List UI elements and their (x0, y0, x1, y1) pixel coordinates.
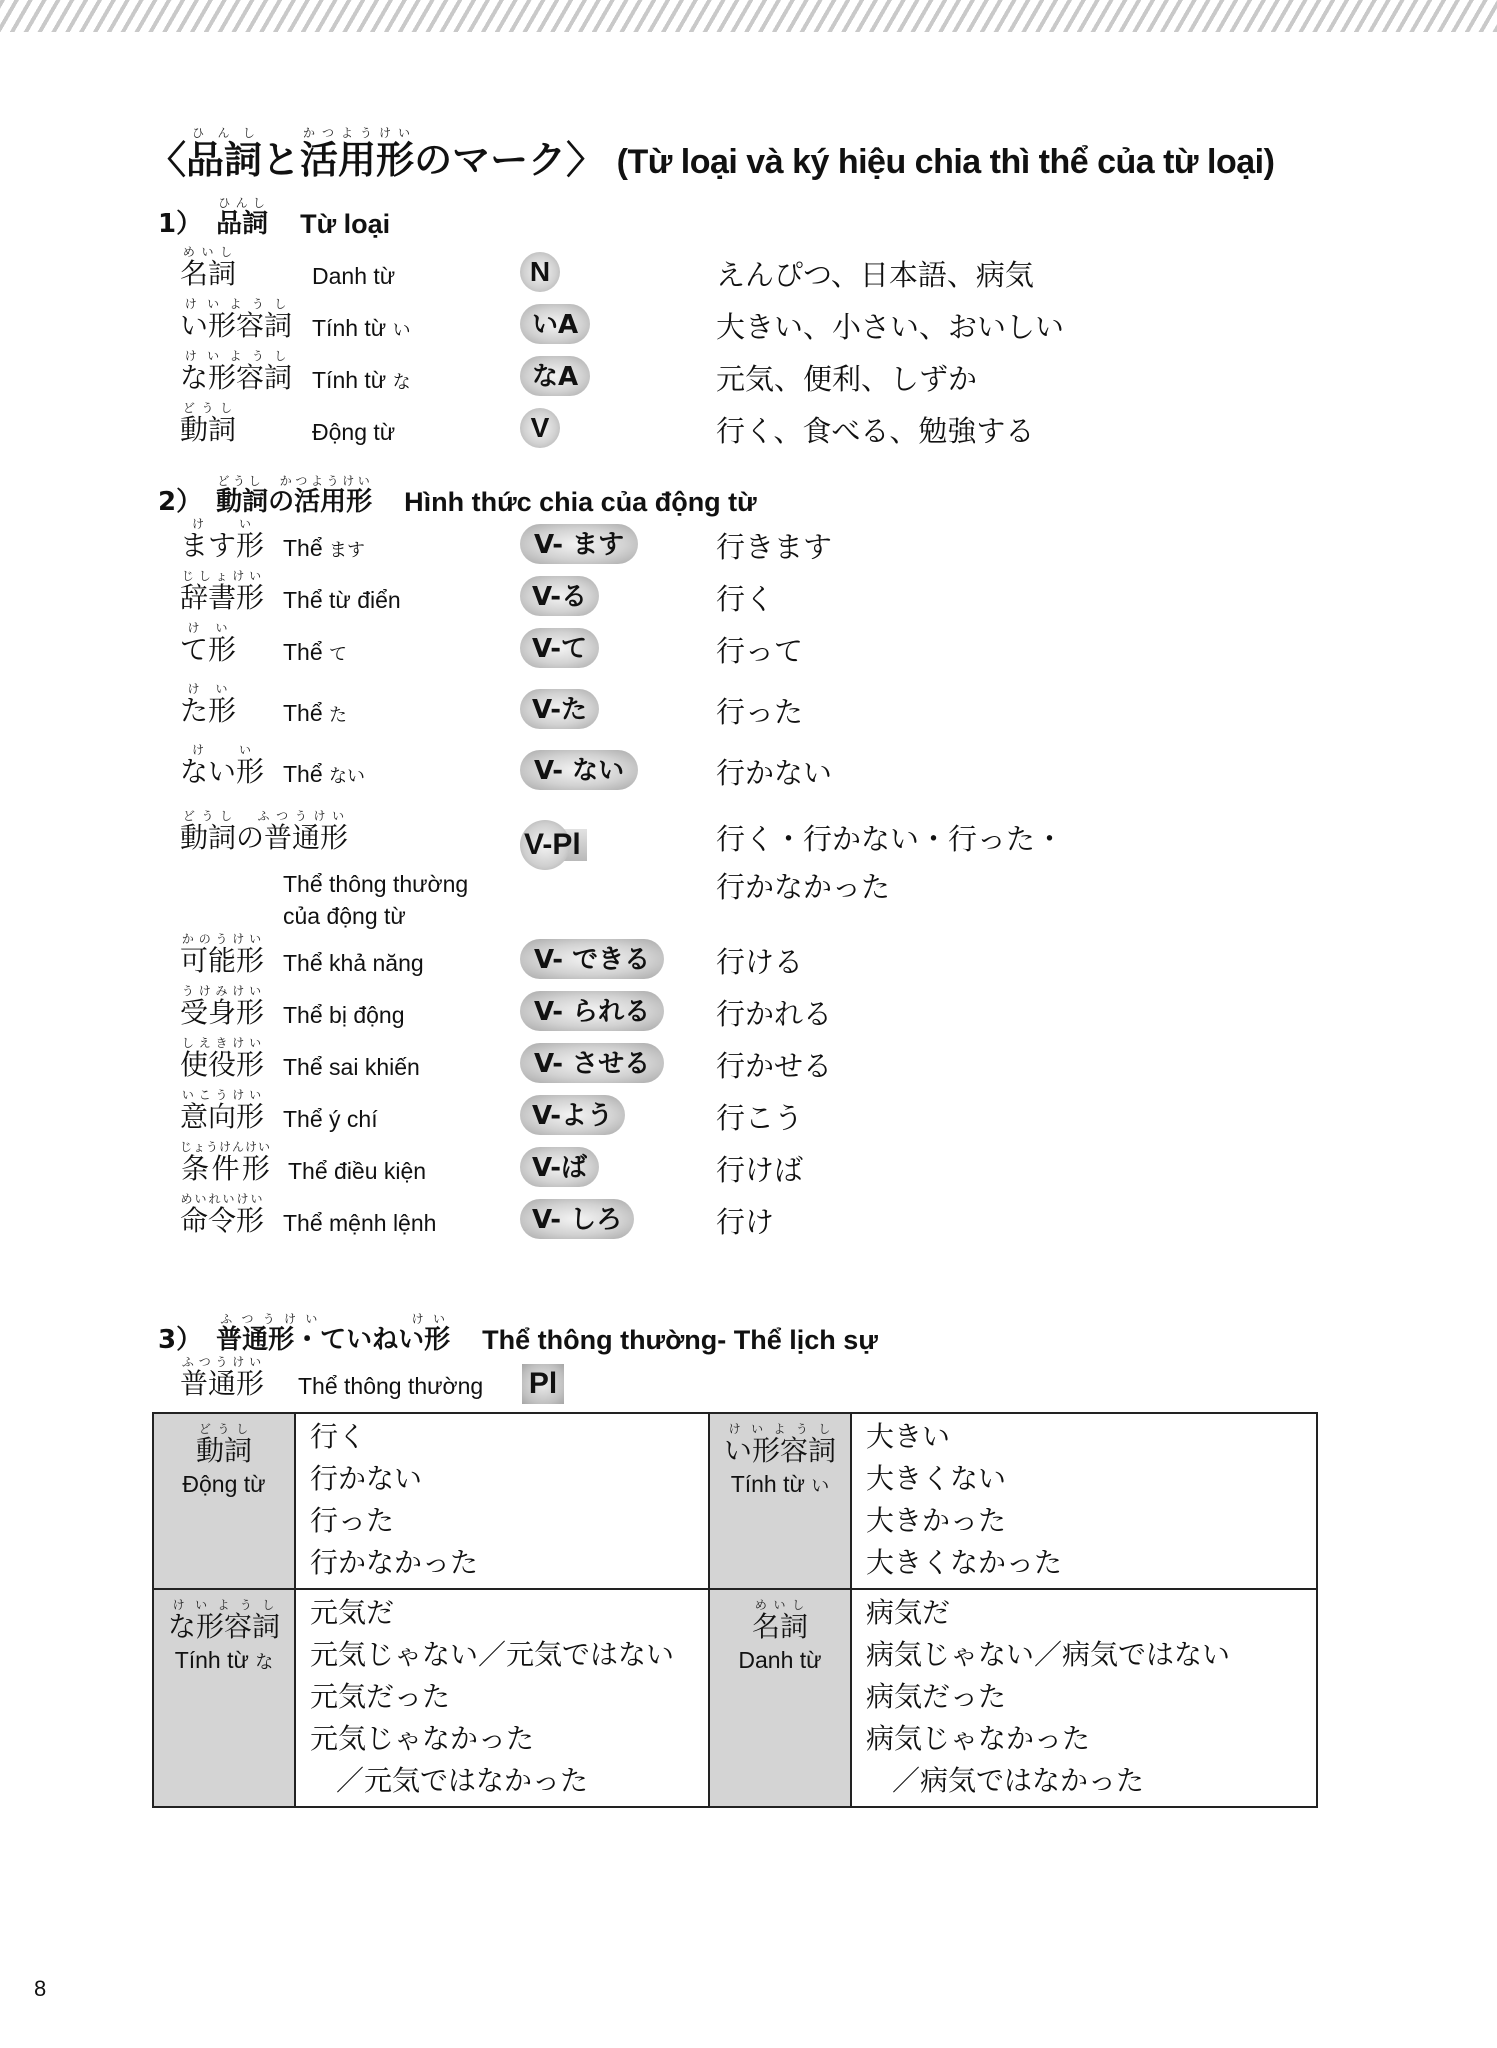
form: 元気じゃない／元気ではない (310, 1634, 708, 1676)
verb-form-row: 使役形しえきけい Thể sai khiến V- させる 行かせる (0, 1041, 1497, 1089)
term-vn: Thể ます (283, 535, 365, 562)
verb-form-row: 命令形めいれいけい Thể mệnh lệnh V- しろ 行け (0, 1197, 1497, 1245)
section-3-heading: 3） 普通形・ていねい形ふつうけい けい Thể thông thường- T… (158, 1312, 878, 1356)
term-vn: Thể sai khiến (283, 1054, 420, 1081)
term-jp: い形容詞けいようし (180, 297, 292, 344)
term-vn: Thể た (283, 700, 347, 727)
form: 元気じゃなかった (310, 1718, 708, 1760)
example: 行かれる (716, 992, 832, 1033)
table-forms-i-adjective: 大きい 大きくない 大きかった 大きくなかった (852, 1414, 1316, 1590)
term-jp: 受身形うけみけい (180, 984, 264, 1031)
form: 元気だった (310, 1676, 708, 1718)
term-vn: Thể thông thường (298, 1373, 483, 1400)
badge-dekiru: V- できる (520, 939, 664, 979)
example: 行く (716, 577, 774, 618)
verb-form-row: た形けい Thể た V-た 行った (0, 687, 1497, 735)
page-title-jp: 〈品詞ひんしと活用形かつようけいのマーク〉 (148, 138, 604, 182)
example: 行け (716, 1200, 774, 1241)
word-class-row: い形容詞けいようし Tính từ い いA 大きい、小さい、おいしい (0, 302, 1497, 350)
example: 行こう (716, 1096, 803, 1137)
term-jp: 命令形めいれいけい (180, 1192, 264, 1239)
badge-nai: V- ない (520, 750, 638, 790)
example: 行った (716, 690, 803, 731)
term-vn: Tính từ な (312, 367, 411, 394)
badge-ba: V-ば (520, 1147, 599, 1187)
term-vn: Thể khả năng (283, 950, 424, 977)
term-vn: Thể mệnh lệnh (283, 1210, 436, 1237)
form: 病気じゃなかった (866, 1718, 1316, 1760)
term-vn-line-2: của động từ (283, 903, 406, 930)
page-title: 〈品詞ひんしと活用形かつようけいのマーク〉 (Từ loại và ký hiệ… (148, 126, 1274, 180)
form: ／元気ではなかった (310, 1760, 708, 1802)
verb-form-row: 条件形じょうけんけい Thể điều kiện V-ば 行けば (0, 1145, 1497, 1193)
form: 行かない (310, 1458, 708, 1500)
form: 病気じゃない／病気ではない (866, 1634, 1316, 1676)
term-jp: 可能形かのうけい (180, 932, 264, 979)
word-class-row: 動詞どうし Động từ V 行く、食べる、勉強する (0, 406, 1497, 454)
word-class-row: な形容詞けいようし Tính từ な なA 元気、便利、しずか (0, 354, 1497, 402)
badge-ru: V-る (520, 576, 599, 616)
term-jp: な形容詞けいようし (180, 349, 292, 396)
form: 大きい (866, 1416, 1316, 1458)
term-jp: た形けい (180, 682, 236, 729)
page-number: 8 (34, 1976, 46, 2002)
example: 行く、食べる、勉強する (716, 409, 1034, 450)
example-line-1: 行く・行かない・行った・ (716, 817, 1064, 858)
verb-form-row: 辞書形じしょけい Thể từ điển V-る 行く (0, 574, 1497, 622)
verb-form-row: て形けい Thể て V-て 行って (0, 626, 1497, 674)
verb-form-row: ます形けい Thể ます V- ます 行きます (0, 522, 1497, 570)
form: 元気だ (310, 1592, 708, 1634)
table-label-i-adjective: い形容詞けいようし Tính từ い (710, 1414, 852, 1590)
page-title-vn: (Từ loại và ký hiệu chia thì thể của từ … (617, 143, 1275, 181)
badge-noun: N (520, 252, 560, 292)
verb-form-row: 意向形いこうけい Thể ý chí V-よう 行こう (0, 1093, 1497, 1141)
badge-masu: V- ます (520, 524, 638, 564)
form: 大きくない (866, 1458, 1316, 1500)
term-jp: ない形けい (180, 743, 264, 790)
term-vn: Thể bị động (283, 1002, 404, 1029)
example: 行って (716, 629, 803, 670)
table-forms-na-adjective: 元気だ 元気じゃない／元気ではない 元気だった 元気じゃなかった ／元気ではなか… (296, 1590, 710, 1806)
term-jp: 名詞めいし (180, 245, 236, 292)
form: 大きくなかった (866, 1542, 1316, 1584)
table-label-noun: 名詞めいし Danh từ (710, 1590, 852, 1806)
term-jp: 普通形ふつうけい (180, 1355, 264, 1402)
form: 病気だ (866, 1592, 1316, 1634)
term-vn: Danh từ (312, 263, 395, 290)
term-jp: て形けい (180, 621, 236, 668)
term-jp: 動詞どうし (180, 401, 236, 448)
verb-form-row: ない形けい Thể ない V- ない 行かない (0, 748, 1497, 796)
example: 行ける (716, 940, 803, 981)
table-label-na-adjective: な形容詞けいようし Tính từ な (154, 1590, 296, 1806)
term-vn: Tính từ い (312, 315, 411, 342)
form: 行った (310, 1500, 708, 1542)
verb-plain-form-row-3: của động từ (0, 890, 1497, 938)
example: 行きます (716, 525, 832, 566)
badge-rareru: V- られる (520, 991, 664, 1031)
term-vn: Thể ý chí (283, 1106, 378, 1133)
form: 行かなかった (310, 1542, 708, 1584)
term-vn: Thể ない (283, 761, 365, 788)
badge-saseru: V- させる (520, 1043, 664, 1083)
section-2-heading: 2） 動詞の活用形どうし かつようけい Hình thức chia của đ… (158, 474, 757, 518)
term-jp: 辞書形じしょけい (180, 569, 264, 616)
table-forms-verb: 行く 行かない 行った 行かなかった (296, 1414, 710, 1590)
term-jp: ます形けい (180, 517, 264, 564)
badge-te: V-て (520, 628, 599, 668)
term-jp: 動詞の普通形どうし ふつうけい (180, 809, 348, 856)
plain-form-row: 普通形ふつうけい Thể thông thường (0, 1360, 1497, 1408)
badge-ta: V-た (520, 689, 599, 729)
example: 行かない (716, 751, 832, 792)
badge-verb: V (520, 408, 560, 448)
top-decorative-stripe (0, 0, 1497, 32)
badge-plain: Pl (522, 1364, 564, 1404)
badge-you: V-よう (520, 1095, 625, 1135)
example: 行かせる (716, 1044, 832, 1085)
table-label-verb: 動詞どうし Động từ (154, 1414, 296, 1590)
example: 元気、便利、しずか (716, 357, 977, 398)
verb-form-row: 受身形うけみけい Thể bị động V- られる 行かれる (0, 989, 1497, 1037)
form: ／病気ではなかった (866, 1760, 1316, 1802)
conjugation-table: 動詞どうし Động từ 行く 行かない 行った 行かなかった い形容詞けいよ… (152, 1412, 1318, 1808)
example: 行けば (716, 1148, 803, 1189)
term-jp: 条件形じょうけんけい (180, 1140, 271, 1187)
verb-form-row: 可能形かのうけい Thể khả năng V- できる 行ける (0, 937, 1497, 985)
badge-shiro: V- しろ (520, 1199, 634, 1239)
table-forms-noun: 病気だ 病気じゃない／病気ではない 病気だった 病気じゃなかった ／病気ではなか… (852, 1590, 1316, 1806)
example: 大きい、小さい、おいしい (716, 305, 1064, 346)
word-class-row: 名詞めいし Danh từ N えんぴつ、日本語、病気 (0, 250, 1497, 298)
term-vn: Thể điều kiện (288, 1158, 426, 1185)
section-1-heading: 1） 品詞ひんし Từ loại (158, 196, 390, 240)
badge-i-adjective: いA (520, 304, 590, 344)
term-jp: 意向形いこうけい (180, 1088, 264, 1135)
form: 病気だった (866, 1676, 1316, 1718)
term-vn: Thể từ điển (283, 587, 401, 614)
example: えんぴつ、日本語、病気 (716, 253, 1034, 294)
term-vn: Động từ (312, 419, 395, 446)
verb-plain-form-row: 動詞の普通形どうし ふつうけい 行く・行かない・行った・ (0, 814, 1497, 862)
term-vn: Thể て (283, 639, 347, 666)
badge-na-adjective: なA (520, 356, 590, 396)
form: 行く (310, 1416, 708, 1458)
form: 大きかった (866, 1500, 1316, 1542)
term-jp: 使役形しえきけい (180, 1036, 264, 1083)
